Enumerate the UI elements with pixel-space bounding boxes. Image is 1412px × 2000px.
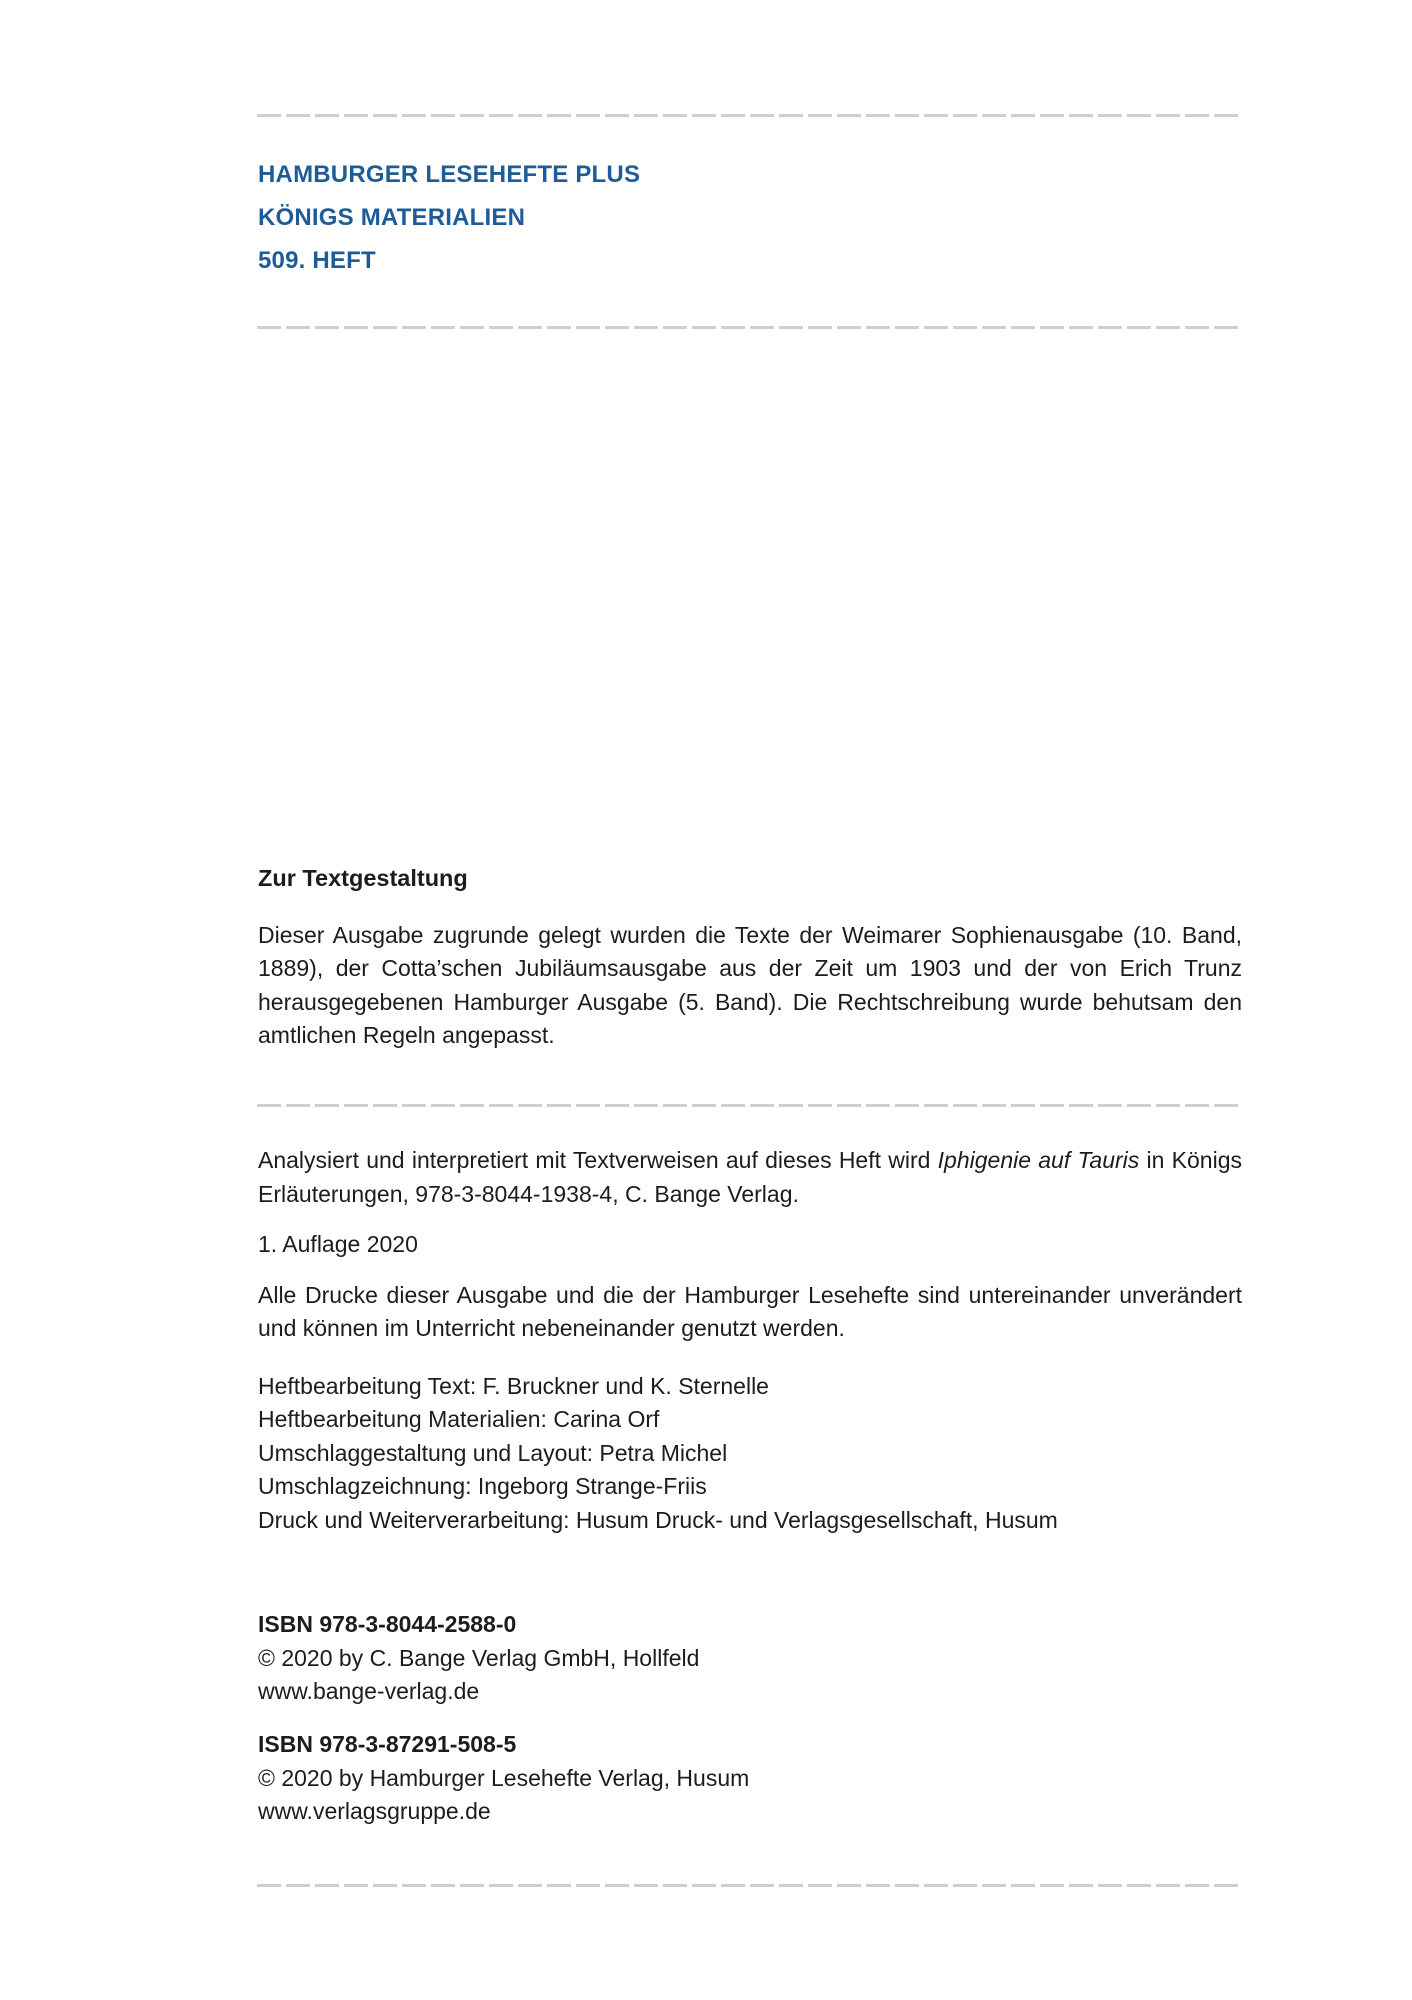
credit-line: Umschlagzeichnung: Ingeborg Strange-Frii… bbox=[258, 1470, 1242, 1504]
credit-line: Heftbearbeitung Materialien: Carina Orf bbox=[258, 1403, 1242, 1437]
copyright: © 2020 by C. Bange Verlag GmbH, Hollfeld bbox=[258, 1642, 1242, 1676]
isbn: ISBN 978-3-8044-2588-0 bbox=[258, 1608, 1242, 1642]
publisher-block-2: ISBN 978-3-87291-508-5 © 2020 by Hamburg… bbox=[258, 1728, 1242, 1829]
compatibility-note: Alle Drucke dieser Ausgabe und die der H… bbox=[258, 1279, 1242, 1346]
work-title: Iphigenie auf Tauris bbox=[938, 1147, 1140, 1173]
text-design-body: Dieser Ausgabe zugrunde gelegt wurden di… bbox=[258, 919, 1242, 1053]
subseries-title: KÖNIGS MATERIALIEN bbox=[258, 196, 640, 239]
divider-header-bottom bbox=[257, 326, 1242, 329]
website-link[interactable]: www.verlagsgruppe.de bbox=[258, 1795, 1242, 1829]
divider-bottom bbox=[257, 1884, 1242, 1887]
isbn: ISBN 978-3-87291-508-5 bbox=[258, 1728, 1242, 1762]
series-header: HAMBURGER LESEHEFTE PLUS KÖNIGS MATERIAL… bbox=[258, 153, 640, 282]
divider-middle bbox=[257, 1104, 1242, 1107]
divider-top bbox=[257, 114, 1242, 117]
section-heading: Zur Textgestaltung bbox=[258, 862, 1242, 896]
imprint-section: Analysiert und interpretiert mit Textver… bbox=[258, 1144, 1242, 1537]
issue-number: 509. HEFT bbox=[258, 239, 640, 282]
edition: 1. Auflage 2020 bbox=[258, 1228, 1242, 1262]
website-link[interactable]: www.bange-verlag.de bbox=[258, 1675, 1242, 1709]
credits: Heftbearbeitung Text: F. Bruckner und K.… bbox=[258, 1370, 1242, 1538]
publisher-block-1: ISBN 978-3-8044-2588-0 © 2020 by C. Bang… bbox=[258, 1608, 1242, 1709]
credit-line: Druck und Weiterverarbeitung: Husum Druc… bbox=[258, 1504, 1242, 1538]
reference-note: Analysiert und interpretiert mit Textver… bbox=[258, 1144, 1242, 1211]
copyright: © 2020 by Hamburger Lesehefte Verlag, Hu… bbox=[258, 1762, 1242, 1796]
text-design-section: Zur Textgestaltung Dieser Ausgabe zugrun… bbox=[258, 862, 1242, 1053]
credit-line: Umschlaggestaltung und Layout: Petra Mic… bbox=[258, 1437, 1242, 1471]
credit-line: Heftbearbeitung Text: F. Bruckner und K.… bbox=[258, 1370, 1242, 1404]
series-title: HAMBURGER LESEHEFTE PLUS bbox=[258, 153, 640, 196]
